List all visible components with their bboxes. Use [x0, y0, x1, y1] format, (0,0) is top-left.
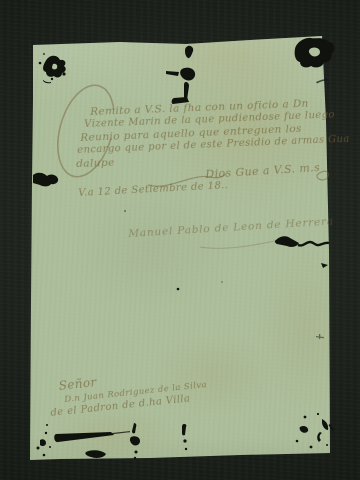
ink-shape [54, 432, 114, 442]
ink-shape [43, 80, 51, 83]
ink-shape [40, 439, 46, 446]
ink-shape [172, 97, 189, 104]
ink-shape [177, 288, 180, 291]
ink-shape [185, 448, 187, 450]
ink-shape [300, 426, 309, 433]
ink-shape [46, 424, 48, 426]
ink-shape [326, 444, 328, 446]
ink-shape [134, 457, 136, 459]
ink-shape [33, 173, 58, 187]
ink-shape [43, 56, 66, 78]
ink-shape [317, 432, 322, 442]
ink-shape [295, 38, 335, 68]
ink-shape [316, 334, 324, 339]
flourish-initial [48, 79, 124, 184]
ink-shape [304, 416, 307, 419]
ink-shape [135, 451, 138, 454]
ink-drips-bottom-center [182, 424, 187, 450]
ink-shape [221, 281, 223, 283]
ink-specks-misc [124, 210, 324, 339]
ink-shape [275, 236, 299, 247]
ink-shape [317, 413, 319, 415]
ink-shape [148, 174, 226, 186]
ink-blot-top-right [295, 38, 335, 84]
ink-shape [166, 71, 179, 76]
ink-shape [296, 440, 299, 443]
ink-shape [130, 436, 140, 445]
ink-cluster-bottom-right [296, 413, 334, 449]
ink-shape [124, 210, 126, 212]
ink-shape [180, 68, 195, 81]
ink-shape [51, 78, 53, 80]
ink-shape [112, 431, 130, 434]
ink-shape [316, 79, 327, 84]
ink-shape [298, 242, 329, 245]
ink-shape [49, 446, 51, 448]
ink-shape [310, 446, 313, 449]
ink-shape [317, 171, 329, 180]
ink-cluster-bottom-left [37, 423, 141, 459]
ink-shape [43, 454, 46, 457]
ink-shape [322, 419, 328, 430]
ink-marks-layer [0, 0, 360, 480]
ink-blot-top-left [39, 53, 66, 83]
ink-shape [182, 424, 186, 435]
ink-shape [321, 263, 328, 268]
ink-shape [39, 62, 42, 65]
ink-shape [183, 439, 186, 442]
ink-shape [37, 447, 40, 450]
ink-drips-top-center [166, 46, 195, 104]
ink-shape [45, 432, 47, 434]
ink-shape [200, 241, 275, 248]
ink-shape [43, 53, 45, 55]
ink-shape [185, 46, 193, 58]
ink-shape [62, 72, 65, 75]
ink-shape [132, 423, 136, 433]
ink-shape [85, 450, 106, 458]
ink-shape [329, 424, 335, 431]
ink-squiggle-right-edge [275, 236, 329, 268]
ink-blot-left-edge [33, 173, 58, 187]
flourish-rubric [148, 171, 329, 248]
photo-background: Remito a V.S. la fha con un oficio a Dn … [0, 0, 360, 480]
ink-shape [48, 79, 124, 184]
